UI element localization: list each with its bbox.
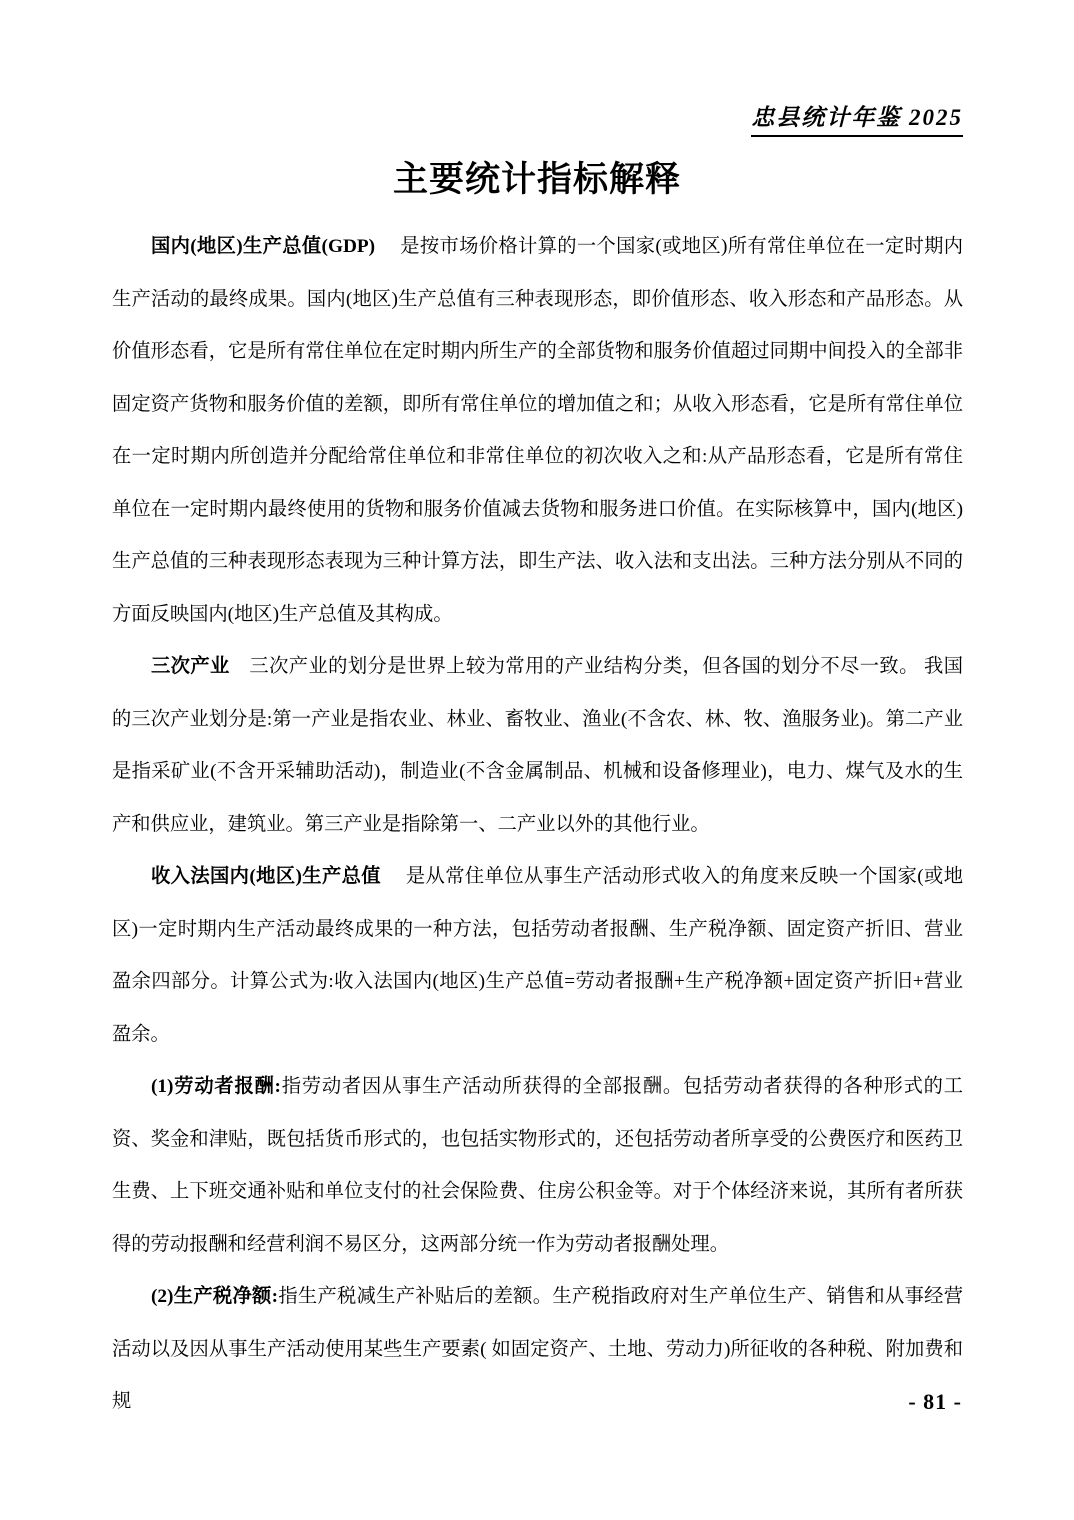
page-title: 主要统计指标解释 <box>0 152 1074 202</box>
page-number: - 81 - <box>908 1389 962 1415</box>
paragraph-gdp-text: 是按市场价格计算的一个国家(或地区)所有常住单位在一定时期内生产活动的最终成果。… <box>112 236 963 625</box>
paragraph-income-approach-gdp: 收入法国内(地区)生产总值 是从常住单位从事生产活动形式收入的角度来反映一个国家… <box>112 851 963 1061</box>
paragraph-labor-compensation-text: 指劳动者因从事生产活动所获得的全部报酬。包括劳动者获得的各种形式的工资、奖金和津… <box>112 1076 963 1255</box>
term-income-approach-gdp: 收入法国内(地区)生产总值 <box>151 866 381 887</box>
term-labor-compensation: (1)劳动者报酬: <box>151 1076 281 1097</box>
document-body: 国内(地区)生产总值(GDP) 是按市场价格计算的一个国家(或地区)所有常住单位… <box>112 221 963 1429</box>
yearbook-header-text: 忠县统计年鉴 2025 <box>751 105 963 130</box>
term-gdp: 国内(地区)生产总值(GDP) <box>151 236 375 257</box>
paragraph-gdp: 国内(地区)生产总值(GDP) 是按市场价格计算的一个国家(或地区)所有常住单位… <box>112 221 963 641</box>
paragraph-three-industries: 三次产业 三次产业的划分是世界上较为常用的产业结构分类，但各国的划分不尽一致。 … <box>112 641 963 851</box>
paragraph-income-approach-gdp-text: 是从常住单位从事生产活动形式收入的角度来反映一个国家(或地区)一定时期内生产活动… <box>112 866 963 1045</box>
yearbook-header: 忠县统计年鉴 2025 <box>751 99 963 137</box>
term-three-industries: 三次产业 <box>151 656 230 677</box>
paragraph-three-industries-text: 三次产业的划分是世界上较为常用的产业结构分类，但各国的划分不尽一致。 我国的三次… <box>112 656 963 835</box>
document-page: 忠县统计年鉴 2025 主要统计指标解释 国内(地区)生产总值(GDP) 是按市… <box>0 0 1074 1520</box>
term-net-production-tax: (2)生产税净额: <box>151 1286 278 1307</box>
paragraph-net-production-tax: (2)生产税净额:指生产税减生产补贴后的差额。生产税指政府对生产单位生产、销售和… <box>112 1271 963 1429</box>
paragraph-labor-compensation: (1)劳动者报酬:指劳动者因从事生产活动所获得的全部报酬。包括劳动者获得的各种形… <box>112 1061 963 1271</box>
